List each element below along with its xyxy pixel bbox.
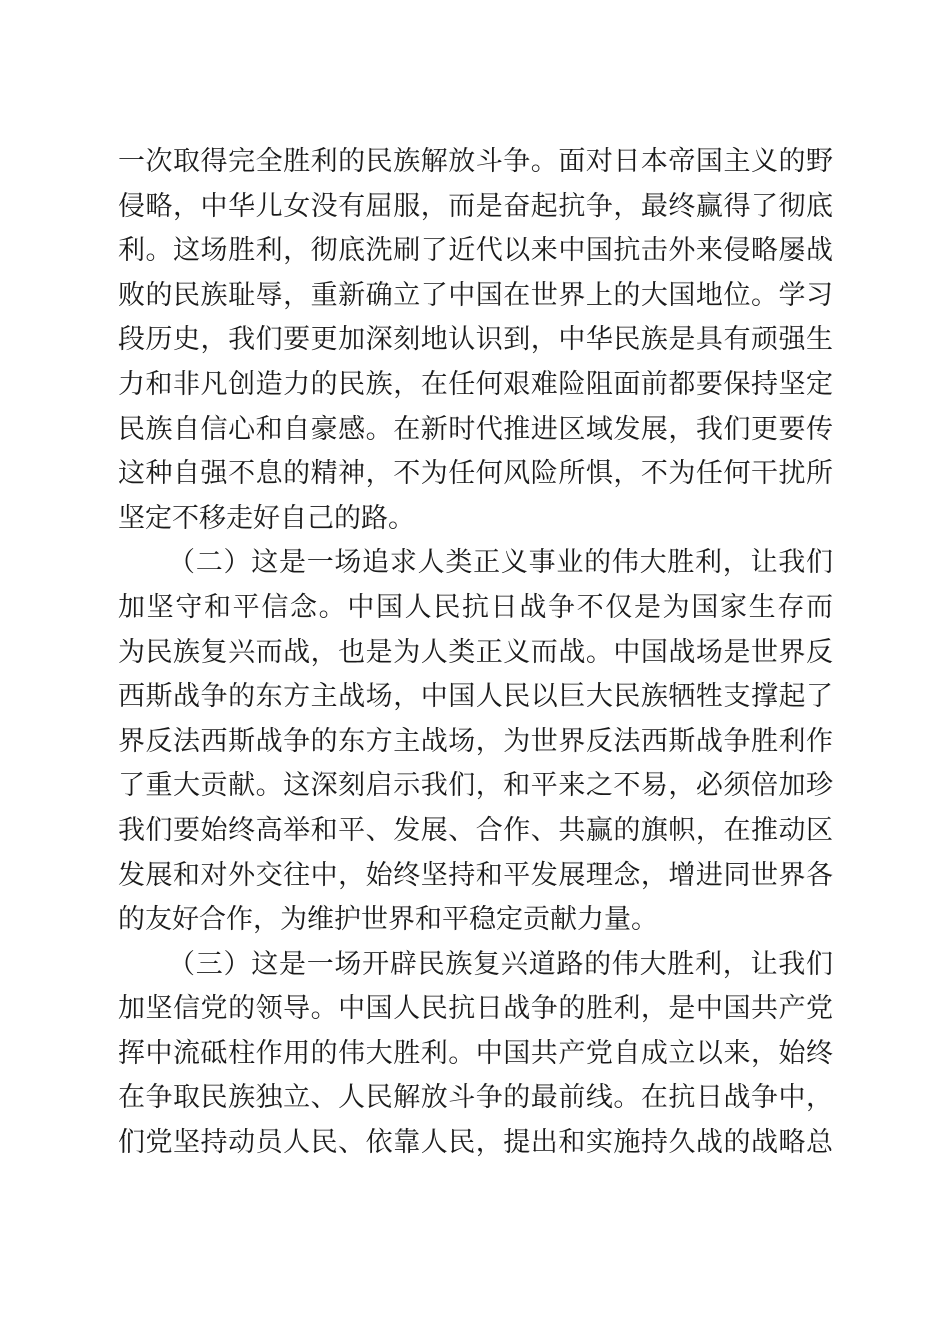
paragraph: （三）这是一场开辟民族复兴道路的伟大胜利，让我们更加坚信党的领导。中国人民抗日战… <box>118 942 833 1165</box>
text-line: 这种自强不息的精神，不为任何风险所惧，不为任何干扰所惑， <box>118 451 833 496</box>
text-line: （三）这是一场开辟民族复兴道路的伟大胜利，让我们更 <box>118 942 833 987</box>
text-line: 挥中流砥柱作用的伟大胜利。中国共产党自成立以来，始终站 <box>118 1031 833 1076</box>
text-line: 在争取民族独立、人民解放斗争的最前线。在抗日战争中，我 <box>118 1075 833 1120</box>
text-line: 界反法西斯战争的东方主战场，为世界反法西斯战争胜利作出 <box>118 719 833 764</box>
text-line: 西斯战争的东方主战场，中国人民以巨大民族牺牲支撑起了世 <box>118 674 833 719</box>
text-line: 们党坚持动员人民、依靠人民，提出和实施持久战的战略总方 <box>118 1120 833 1165</box>
text-line: 加坚守和平信念。中国人民抗日战争不仅是为国家生存而战、 <box>118 585 833 630</box>
document-text-block: 一次取得完全胜利的民族解放斗争。面对日本帝国主义的野蛮侵略，中华儿女没有屈服，而… <box>118 139 833 1165</box>
text-line: 力和非凡创造力的民族，在任何艰难险阻面前都要保持坚定的 <box>118 362 833 407</box>
text-line: 民族自信心和自豪感。在新时代推进区域发展，我们更要传承 <box>118 407 833 452</box>
text-line: 坚定不移走好自己的路。 <box>118 496 833 541</box>
text-line: 的友好合作，为维护世界和平稳定贡献力量。 <box>118 897 833 942</box>
text-line: 加坚信党的领导。中国人民抗日战争的胜利，是中国共产党发 <box>118 986 833 1031</box>
paragraph: 一次取得完全胜利的民族解放斗争。面对日本帝国主义的野蛮侵略，中华儿女没有屈服，而… <box>118 139 833 540</box>
text-line: 段历史，我们要更加深刻地认识到，中华民族是具有顽强生命 <box>118 317 833 362</box>
text-line: 为民族复兴而战，也是为人类正义而战。中国战场是世界反法 <box>118 630 833 675</box>
text-line: 我们要始终高举和平、发展、合作、共赢的旗帜，在推动区域 <box>118 808 833 853</box>
text-line: 了重大贡献。这深刻启示我们，和平来之不易，必须倍加珍惜。 <box>118 763 833 808</box>
text-line: 发展和对外交往中，始终坚持和平发展理念，增进同世界各国 <box>118 853 833 898</box>
document-page: 一次取得完全胜利的民族解放斗争。面对日本帝国主义的野蛮侵略，中华儿女没有屈服，而… <box>0 0 950 1344</box>
text-line: 侵略，中华儿女没有屈服，而是奋起抗争，最终赢得了彻底胜 <box>118 184 833 229</box>
text-line: 利。这场胜利，彻底洗刷了近代以来中国抗击外来侵略屡战屡 <box>118 228 833 273</box>
paragraph: （二）这是一场追求人类正义事业的伟大胜利，让我们更加坚守和平信念。中国人民抗日战… <box>118 540 833 941</box>
text-line: 一次取得完全胜利的民族解放斗争。面对日本帝国主义的野蛮 <box>118 139 833 184</box>
text-line: （二）这是一场追求人类正义事业的伟大胜利，让我们更 <box>118 540 833 585</box>
text-line: 败的民族耻辱，重新确立了中国在世界上的大国地位。学习这 <box>118 273 833 318</box>
